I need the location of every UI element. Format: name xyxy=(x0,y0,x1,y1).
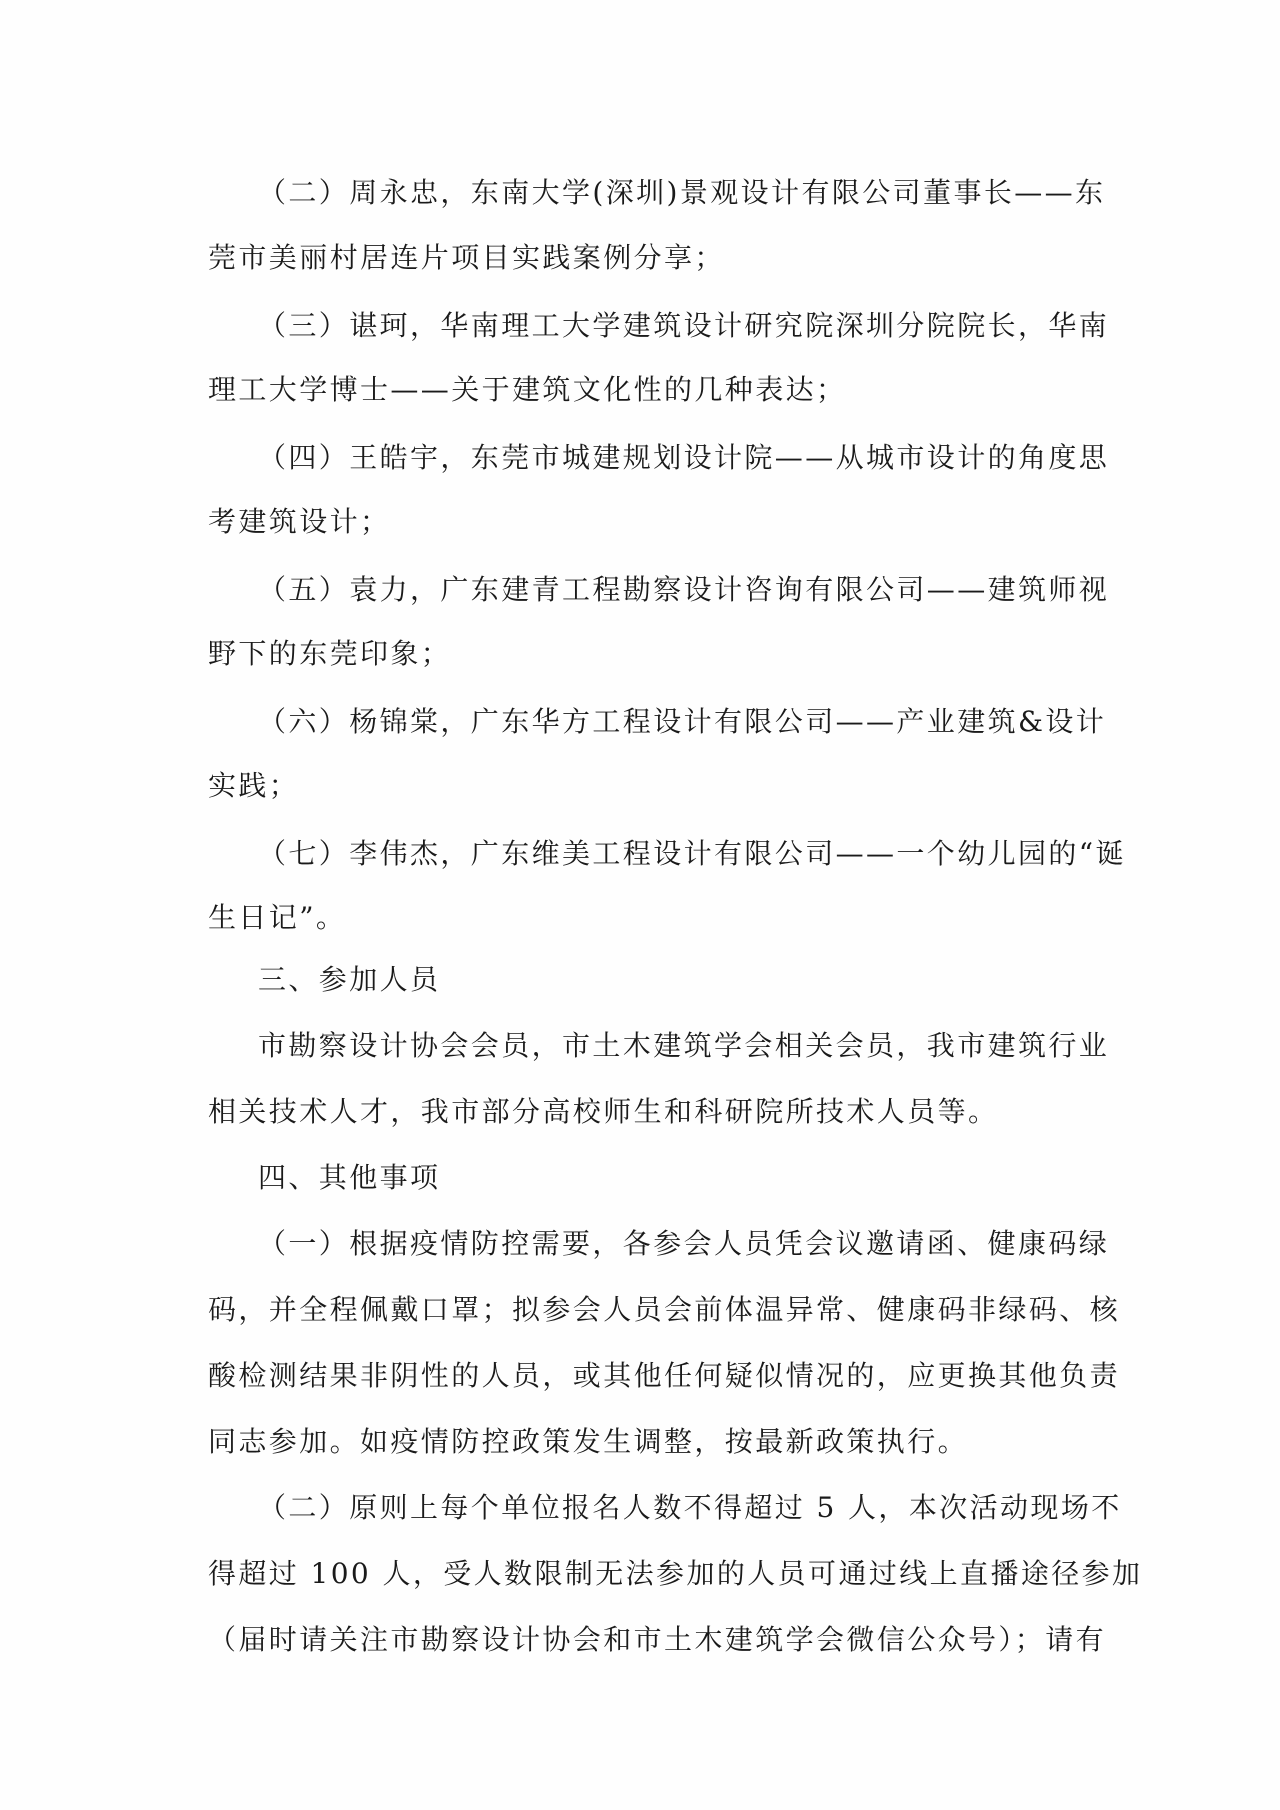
participants-line-2: 相关技术人才，我市部分高校师生和科研院所技术人员等。 xyxy=(208,1094,998,1130)
speaker-item-2-line-2: 莞市美丽村居连片项目实践案例分享； xyxy=(208,240,725,276)
speaker-item-7-line-2: 生日记”。 xyxy=(208,900,346,936)
speaker-item-5-line-2: 野下的东莞印象； xyxy=(208,636,451,672)
other-item-1-line-4: 同志参加。如疫情防控政策发生调整，按最新政策执行。 xyxy=(208,1424,968,1460)
other-item-1-line-2: 码，并全程佩戴口罩；拟参会人员会前体温异常、健康码非绿码、核 xyxy=(208,1292,1120,1328)
other-item-2-line-1: （二）原则上每个单位报名人数不得超过 5 人，本次活动现场不 xyxy=(258,1490,1122,1526)
other-item-2-line-2: 得超过 100 人，受人数限制无法参加的人员可通过线上直播途径参加 xyxy=(208,1556,1142,1592)
speaker-item-5-line-1: （五）袁力，广东建青工程勘察设计咨询有限公司——建筑师视 xyxy=(258,572,1109,608)
other-item-1-line-1: （一）根据疫情防控需要，各参会人员凭会议邀请函、健康码绿 xyxy=(258,1226,1109,1262)
other-item-2-line-3: （届时请关注市勘察设计协会和市土木建筑学会微信公众号）；请有 xyxy=(208,1622,1106,1658)
participants-line-1: 市勘察设计协会会员，市土木建筑学会相关会员，我市建筑行业 xyxy=(258,1028,1109,1064)
speaker-item-6-line-2: 实践； xyxy=(208,768,299,804)
other-item-1-line-3: 酸检测结果非阴性的人员，或其他任何疑似情况的，应更换其他负责 xyxy=(208,1358,1120,1394)
speaker-item-4-line-2: 考建筑设计； xyxy=(208,504,390,540)
document-page: （二）周永忠，东南大学(深圳)景观设计有限公司董事长——东 莞市美丽村居连片项目… xyxy=(0,0,1280,1810)
section-heading-participants: 三、参加人员 xyxy=(258,962,440,998)
speaker-item-3-line-2: 理工大学博士——关于建筑文化性的几种表达； xyxy=(208,372,846,408)
speaker-item-2-line-1: （二）周永忠，东南大学(深圳)景观设计有限公司董事长——东 xyxy=(258,175,1105,211)
speaker-item-7-line-1: （七）李伟杰，广东维美工程设计有限公司——一个幼儿园的“诞 xyxy=(258,836,1126,872)
speaker-item-4-line-1: （四）王皓宇，东莞市城建规划设计院——从城市设计的角度思 xyxy=(258,440,1109,476)
speaker-item-3-line-1: （三）谌珂，华南理工大学建筑设计研究院深圳分院院长，华南 xyxy=(258,308,1109,344)
section-heading-other-matters: 四、其他事项 xyxy=(258,1160,440,1196)
speaker-item-6-line-1: （六）杨锦棠，广东华方工程设计有限公司——产业建筑&设计 xyxy=(258,704,1106,740)
